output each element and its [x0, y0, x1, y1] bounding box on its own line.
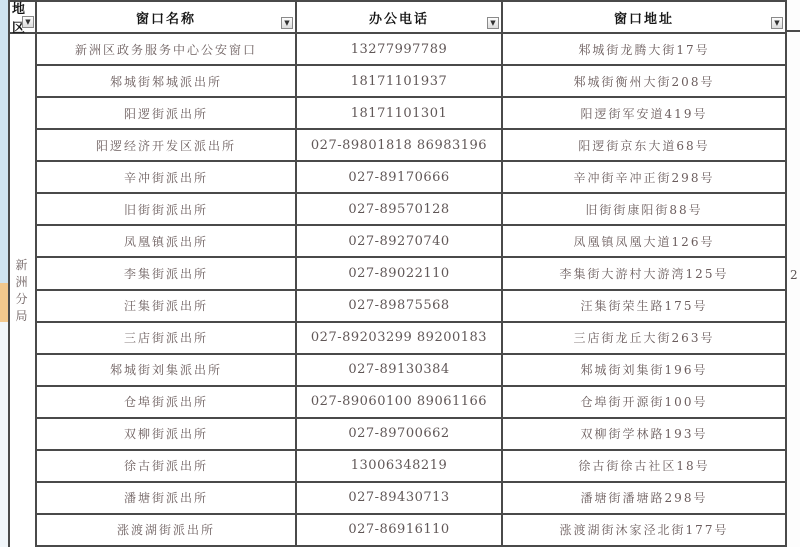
- window-address-cell: 仓埠街开源街100号: [503, 387, 787, 419]
- window-address-cell: 邾城街衡州大街208号: [503, 66, 787, 98]
- office-phone-cell: 18171101937: [297, 66, 503, 98]
- window-address-cell: 三店街龙丘大街263号: [503, 323, 787, 355]
- column-header-window-address: 窗口地址 ▼: [503, 2, 787, 34]
- filter-dropdown-icon[interactable]: ▼: [487, 17, 499, 29]
- window-name-cell: 邾城街邾城派出所: [37, 66, 297, 98]
- window-name-header-label: 窗口名称: [136, 8, 196, 27]
- window-name-cell: 李集街派出所: [37, 258, 297, 290]
- office-phone-cell: 13277997789: [297, 34, 503, 66]
- office-phone-cell: 027-89570128: [297, 194, 503, 226]
- window-name-cell: 徐古街派出所: [37, 451, 297, 483]
- filter-dropdown-icon[interactable]: ▼: [281, 17, 293, 29]
- office-phone-cell: 18171101301: [297, 98, 503, 130]
- window-address-cell: 旧街街康阳街88号: [503, 194, 787, 226]
- window-name-cell: 涨渡湖街派出所: [37, 515, 297, 547]
- column-header-office-phone: 办公电话 ▼: [297, 2, 503, 34]
- window-address-cell: 汪集街荣生路175号: [503, 291, 787, 323]
- window-name-cell: 汪集街派出所: [37, 291, 297, 323]
- office-phone-header-label: 办公电话: [369, 8, 429, 27]
- window-name-cell: 双柳街派出所: [37, 419, 297, 451]
- region-merged-cell: 新洲 分局: [10, 34, 35, 547]
- right-strip-header-border: [787, 30, 800, 32]
- window-address-cell: 阳逻街京东大道68号: [503, 130, 787, 162]
- left-strip-orange-segment: [0, 283, 8, 322]
- right-clipped-cell-text: 2: [790, 268, 798, 282]
- office-phone-cell: 027-89060100 89061166: [297, 387, 503, 419]
- filter-dropdown-icon[interactable]: ▼: [771, 17, 783, 29]
- window-address-cell: 涨渡湖街沐家泾北街177号: [503, 515, 787, 547]
- window-address-cell: 邾城街刘集街196号: [503, 355, 787, 387]
- office-phone-cell: 027-89875568: [297, 291, 503, 323]
- office-phone-cell: 13006348219: [297, 451, 503, 483]
- window-name-cell: 阳逻街派出所: [37, 98, 297, 130]
- office-phone-cell: 027-89801818 86983196: [297, 130, 503, 162]
- window-name-cell: 仓埠街派出所: [37, 387, 297, 419]
- window-name-cell: 新洲区政务服务中心公安窗口: [37, 34, 297, 66]
- window-address-cell: 凤凰镇凤凰大道126号: [503, 226, 787, 258]
- window-name-cell: 邾城街刘集派出所: [37, 355, 297, 387]
- office-phone-cell: 027-89430713: [297, 483, 503, 515]
- police-window-table: 窗口名称 ▼ 办公电话 ▼ 窗口地址 ▼ 新洲区政务服务中心公安窗口 13277…: [37, 0, 787, 547]
- office-phone-cell: 027-89203299 89200183: [297, 323, 503, 355]
- window-address-cell: 双柳街学林路193号: [503, 419, 787, 451]
- filter-dropdown-icon[interactable]: ▼: [22, 16, 34, 28]
- window-name-cell: 旧街街派出所: [37, 194, 297, 226]
- window-name-cell: 潘塘街派出所: [37, 483, 297, 515]
- window-address-cell: 辛冲街辛冲正街298号: [503, 162, 787, 194]
- window-address-cell: 邾城街龙腾大街17号: [503, 34, 787, 66]
- window-name-cell: 三店街派出所: [37, 323, 297, 355]
- region-column-header: 地区 ▼: [10, 2, 35, 34]
- window-name-cell: 凤凰镇派出所: [37, 226, 297, 258]
- office-phone-cell: 027-89170666: [297, 162, 503, 194]
- office-phone-cell: 027-89022110: [297, 258, 503, 290]
- window-address-header-label: 窗口地址: [614, 8, 674, 27]
- region-name-line1: 新洲: [10, 257, 35, 291]
- window-address-cell: 李集街大游村大游湾125号: [503, 258, 787, 290]
- office-phone-cell: 027-89700662: [297, 419, 503, 451]
- left-strip-pale-segment: [0, 322, 8, 547]
- window-name-cell: 辛冲街派出所: [37, 162, 297, 194]
- office-phone-cell: 027-86916110: [297, 515, 503, 547]
- spreadsheet-table-screenshot: 地区 ▼ 新洲 分局 窗口名称 ▼ 办公电话 ▼ 窗口地址 ▼ 新洲区政务服务中…: [0, 0, 800, 547]
- office-phone-cell: 027-89270740: [297, 226, 503, 258]
- region-name-line2: 分局: [10, 291, 35, 325]
- left-strip-blue-segment: [0, 0, 8, 283]
- office-phone-cell: 027-89130384: [297, 355, 503, 387]
- column-header-window-name: 窗口名称 ▼: [37, 2, 297, 34]
- window-address-cell: 阳逻街军安道419号: [503, 98, 787, 130]
- window-address-cell: 潘塘街潘塘路298号: [503, 483, 787, 515]
- window-address-cell: 徐古街徐古社区18号: [503, 451, 787, 483]
- left-clipped-column: [0, 0, 8, 547]
- region-column: 地区 ▼ 新洲 分局: [8, 0, 37, 547]
- window-name-cell: 阳逻经济开发区派出所: [37, 130, 297, 162]
